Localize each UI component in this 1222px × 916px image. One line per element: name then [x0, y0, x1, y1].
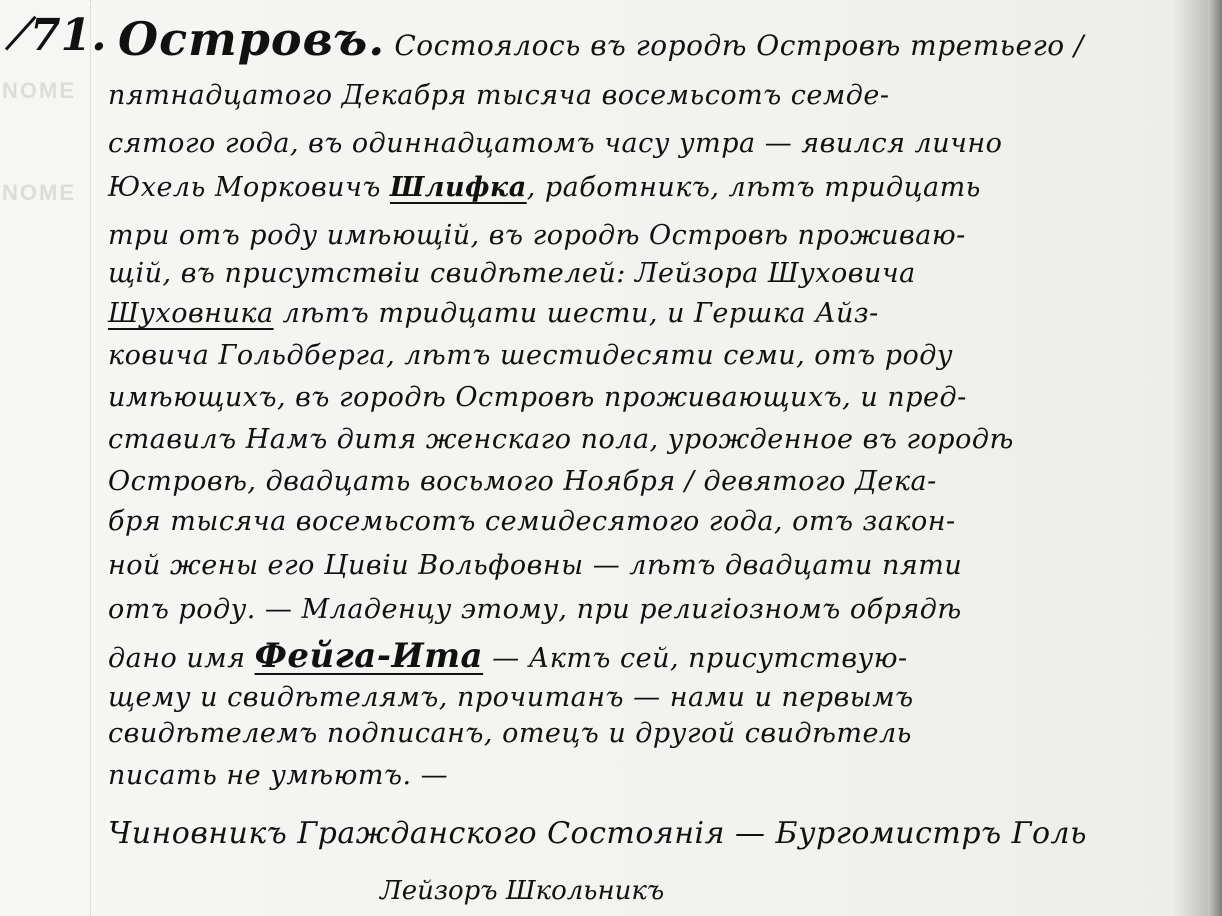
record-line-7: Шуховника лѣтъ тридцати шести, и Гершка … — [108, 298, 879, 329]
line-text: ставилъ Намъ дитя женскаго пола, урожден… — [108, 424, 1014, 455]
line-text: пятнадцатого Декабря тысяча восемьсотъ с… — [108, 80, 890, 111]
line-text: дано имя — [108, 643, 245, 674]
document-page: NOME NOME 71. Островъ. Состоялось въ гор… — [0, 0, 1222, 916]
record-line-9: имѣющихъ, въ городѣ Островѣ проживающихъ… — [108, 382, 967, 413]
record-line-15: дано имя Фейга-Ита — Актъ сей, присутств… — [108, 636, 908, 676]
line-text: ковича Гольдберга, лѣтъ шестидесяти семи… — [108, 340, 953, 371]
record-line-5: три отъ роду имѣющій, въ городѣ Островѣ … — [108, 220, 966, 251]
line-text: Юхель Морковичъ — [108, 172, 381, 203]
line-text: свидѣтелемъ подписанъ, отецъ и другой св… — [108, 718, 912, 749]
record-line-14: отъ роду. — Младенцу этому, при религіоз… — [108, 594, 962, 625]
record-line-1: Островъ. Состоялось въ городѣ Островѣ тр… — [118, 12, 1084, 66]
entry-number: 71. — [30, 10, 107, 61]
record-line-10: ставилъ Намъ дитя женскаго пола, урожден… — [108, 424, 1014, 455]
line-text: Островѣ, двадцать восьмого Ноября / девя… — [108, 466, 937, 497]
record-line-2: пятнадцатого Декабря тысяча восемьсотъ с… — [108, 80, 890, 111]
line-text: сятого года, въ одиннадцатомъ часу утра … — [108, 128, 1002, 159]
record-line-12: бря тысяча восемьсотъ семидесятого года,… — [108, 506, 956, 537]
line-text: писать не умѣютъ. — — [108, 760, 448, 791]
line-text: щему и свидѣтелямъ, прочитанъ — нами и п… — [108, 682, 914, 713]
record-line-6: щій, въ присутствіи свидѣтелей: Лейзора … — [108, 258, 916, 289]
signature: Лейзоръ Школьникъ — [380, 876, 664, 906]
place-heading: Островъ. — [118, 12, 385, 66]
line-text: щій, въ присутствіи свидѣтелей: Лейзора … — [108, 258, 916, 289]
page-edge-shadow — [1208, 0, 1222, 916]
child-name: Фейга-Ита — [255, 636, 484, 676]
record-line-11: Островѣ, двадцать восьмого Ноября / девя… — [108, 466, 937, 497]
line-text: ной жены его Цивіи Вольфовны — лѣтъ двад… — [108, 550, 962, 581]
line-text: бря тысяча восемьсотъ семидесятого года,… — [108, 506, 956, 537]
line-text: — Актъ сей, присутствую- — [483, 643, 908, 674]
record-line-16: щему и свидѣтелямъ, прочитанъ — нами и п… — [108, 682, 914, 713]
line-text: Состоялось въ городѣ Островѣ третьего / — [394, 29, 1084, 62]
witness-surname: Шуховника — [108, 298, 274, 329]
line-text: лѣтъ тридцати шести, и Гершка Айз- — [274, 298, 879, 329]
record-line-3: сятого года, въ одиннадцатомъ часу утра … — [108, 128, 1002, 159]
record-line-13: ной жены его Цивіи Вольфовны — лѣтъ двад… — [108, 550, 962, 581]
father-surname: Шлифка — [390, 172, 527, 203]
line-text: Чиновникъ Гражданского Состоянія — Бурго… — [108, 816, 1087, 851]
margin-bleed-text: NOME — [2, 78, 76, 104]
line-text: отъ роду. — Младенцу этому, при религіоз… — [108, 594, 962, 625]
record-line-18: писать не умѣютъ. — — [108, 760, 448, 791]
record-line-8: ковича Гольдберга, лѣтъ шестидесяти семи… — [108, 340, 953, 371]
line-text: три отъ роду имѣющій, въ городѣ Островѣ … — [108, 220, 966, 251]
record-line-17: свидѣтелемъ подписанъ, отецъ и другой св… — [108, 718, 912, 749]
record-line-4: Юхель Морковичъ Шлифка, работникъ, лѣтъ … — [108, 172, 981, 203]
official-line: Чиновникъ Гражданского Состоянія — Бурго… — [108, 816, 1087, 851]
margin-rule — [90, 0, 91, 916]
line-text: имѣющихъ, въ городѣ Островѣ проживающихъ… — [108, 382, 967, 413]
line-text: , работникъ, лѣтъ тридцать — [527, 172, 981, 203]
margin-bleed-text: NOME — [2, 180, 76, 206]
